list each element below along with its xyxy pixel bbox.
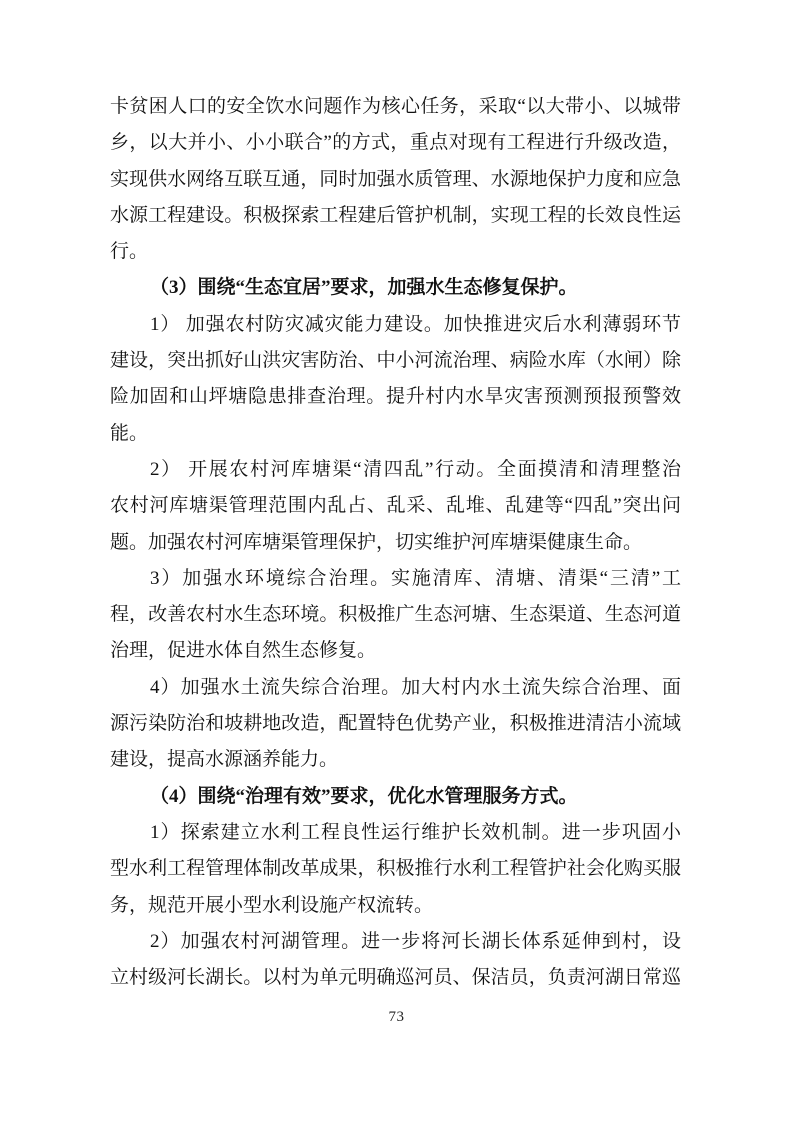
text-line: 治理，促进水体自然生态修复。 (110, 633, 681, 669)
text-line: 险加固和山坪塘隐患排查治理。提升村内水旱灾害预测预报预警效 (110, 379, 681, 415)
text-line: 建设，提高水源涵养能力。 (110, 742, 681, 778)
text-line: 1）探索建立水利工程良性运行维护长效机制。进一步巩固小 (110, 815, 681, 851)
text-line: 1） 加强农村防灾减灾能力建设。加快推进灾后水利薄弱环节 (110, 307, 681, 343)
text-line: 2） 开展农村河库塘渠“清四乱”行动。全面摸清和清理整治 (110, 452, 681, 488)
text-line: 务，规范开展小型水利设施产权流转。 (110, 888, 681, 924)
document-page: 卡贫困人口的安全饮水问题作为核心任务，采取“以大带小、以城带乡，以大并小、小小联… (0, 0, 793, 1122)
text-line: 实现供水网络互联互通，同时加强水质管理、水源地保护力度和应急 (110, 162, 681, 198)
text-line: 乡，以大并小、小小联合”的方式，重点对现有工程进行升级改造， (110, 125, 681, 161)
text-line: 行。 (110, 234, 681, 270)
text-line: 源污染防治和坡耕地改造，配置特色优势产业，积极推进清洁小流域 (110, 706, 681, 742)
text-line: 卡贫困人口的安全饮水问题作为核心任务，采取“以大带小、以城带 (110, 89, 681, 125)
page-number: 73 (389, 1009, 405, 1025)
text-line: （4）围绕“治理有效”要求，优化水管理服务方式。 (110, 779, 681, 815)
text-line: 型水利工程管理体制改革成果，积极推行水利工程管护社会化购买服 (110, 851, 681, 887)
text-line: 3）加强水环境综合治理。实施清库、清塘、清渠“三清”工 (110, 561, 681, 597)
page-footer: 73 (0, 1008, 793, 1026)
text-line: 4）加强水土流失综合治理。加大村内水土流失综合治理、面 (110, 670, 681, 706)
document-body: 卡贫困人口的安全饮水问题作为核心任务，采取“以大带小、以城带乡，以大并小、小小联… (110, 89, 681, 996)
text-line: 立村级河长湖长。以村为单元明确巡河员、保洁员，负责河湖日常巡 (110, 960, 681, 996)
text-line: 能。 (110, 416, 681, 452)
text-line: 程，改善农村水生态环境。积极推广生态河塘、生态渠道、生态河道 (110, 597, 681, 633)
text-line: 题。加强农村河库塘渠管理保护，切实维护河库塘渠健康生命。 (110, 525, 681, 561)
text-line: （3）围绕“生态宜居”要求，加强水生态修复保护。 (110, 270, 681, 306)
text-line: 建设，突出抓好山洪灾害防治、中小河流治理、病险水库（水闸）除 (110, 343, 681, 379)
text-line: 2）加强农村河湖管理。进一步将河长湖长体系延伸到村，设 (110, 924, 681, 960)
text-line: 农村河库塘渠管理范围内乱占、乱采、乱堆、乱建等“四乱”突出问 (110, 488, 681, 524)
text-line: 水源工程建设。积极探索工程建后管护机制，实现工程的长效良性运 (110, 198, 681, 234)
